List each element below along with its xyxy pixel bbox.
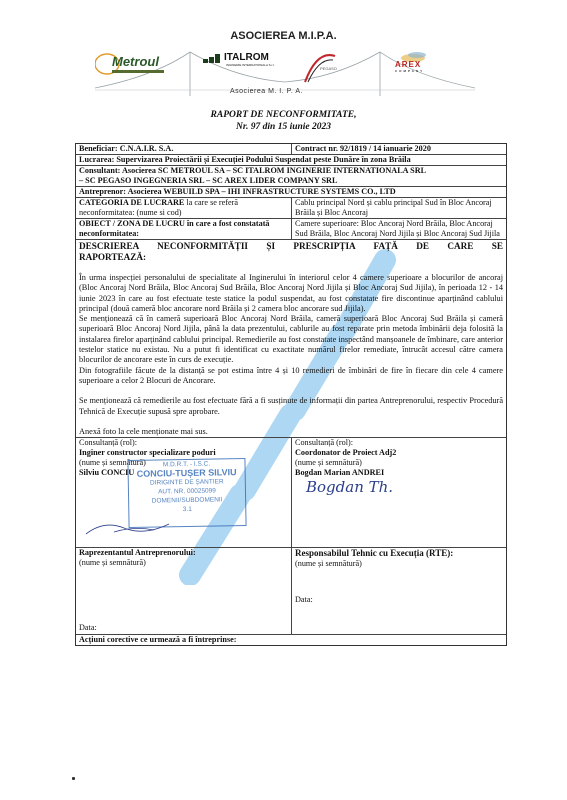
project-name: Lucrarea: Supervizarea Proiectării și Ex… <box>76 155 506 165</box>
technical-responsible: Responsabilul Tehnic cu Execuția (RTE): … <box>292 548 506 634</box>
consultant-line-1: Consultant: Asocierea SC METROUL SA – SC… <box>79 166 503 176</box>
photo-annex-note: Anexă foto la cele menționate mai sus. <box>76 427 506 437</box>
report-title: RAPORT DE NECONFORMITATE, <box>0 109 567 121</box>
form-row-beneficiary: Beneficiar: C.N.A.I.R. S.A. Contract nr.… <box>76 144 506 155</box>
association-caption: Asocierea M. I. P. A. <box>230 88 303 95</box>
date-label: Data: <box>79 623 97 633</box>
nonconformity-form: Beneficiar: C.N.A.I.R. S.A. Contract nr.… <box>75 143 507 646</box>
form-row-work-area: OBIECT / ZONA DE LUCRU în care a fost co… <box>76 219 506 240</box>
handwritten-signature-right: Bogdan Th. <box>306 482 393 492</box>
name-signature-label: (nume și semnătură) <box>295 559 503 569</box>
handwritten-signature-left <box>84 516 174 538</box>
report-title-block: RAPORT DE NECONFORMITATE, Nr. 97 din 15 … <box>0 109 567 133</box>
description-heading: DESCRIEREA NECONFORMITĂȚII ȘI PRESCRIPȚI… <box>76 240 506 252</box>
form-row-contractor-signatures: Raprezentantul Antreprenorului: (nume și… <box>76 548 506 635</box>
category-value: Cablu principal Nord și cablu principal … <box>292 198 506 218</box>
association-title: ASOCIEREA M.I.P.A. <box>0 30 567 42</box>
contractor-representative: Raprezentantul Antreprenorului: (nume și… <box>76 548 292 634</box>
beneficiary: Beneficiar: C.N.A.I.R. S.A. <box>76 144 292 154</box>
italrom-bars-icon <box>203 52 221 63</box>
stamp-domain-code: 3.1 <box>129 504 245 515</box>
partner-logos-band: Metroul ITALROM INGINERIE INTERNATIONALA… <box>95 46 475 104</box>
arex-logo-subtitle: COMPANY <box>395 69 424 73</box>
metroul-logo-text: Metroul <box>112 54 159 69</box>
contract-number: Contract nr. 92/1819 / 14 ianuarie 2020 <box>292 144 506 154</box>
description-paragraph: Se menționează că remedierile au fost ef… <box>76 396 506 417</box>
form-row-consultant: Consultant: Asocierea SC METROUL SA – SC… <box>76 166 506 187</box>
form-row-project: Lucrarea: Supervizarea Proiectării și Ex… <box>76 155 506 166</box>
date-label: Data: <box>295 595 313 605</box>
consultant-role: Coordonator de Proiect Adj2 <box>295 448 503 458</box>
italrom-logo-subtitle: INGINERIE INTERNATIONALA S.r.l. <box>226 63 275 67</box>
metroul-logo: Metroul <box>112 54 164 73</box>
form-row-category: CATEGORIA DE LUCRARE la care se referă n… <box>76 198 506 219</box>
italrom-logo-text: ITALROM <box>224 52 269 63</box>
form-row-description: DESCRIEREA NECONFORMITĂȚII ȘI PRESCRIPȚI… <box>76 240 506 438</box>
name-signature-label: (nume și semnătură) <box>79 558 288 568</box>
contractor: Antreprenor: Asocierea WEBUILD SPA – IHI… <box>76 187 506 197</box>
corrective-actions-label: Acțiuni corective ce urmează a fi întrep… <box>76 635 506 645</box>
consultant-role: Inginer constructor specializare poduri <box>79 448 288 458</box>
consultant-name: Bogdan Marian ANDREI <box>295 468 503 478</box>
italrom-logo: ITALROM INGINERIE INTERNATIONALA S.r.l. <box>203 52 275 67</box>
role-label: Consultanță (rol): <box>79 438 288 448</box>
name-signature-label: (nume și semnătură) <box>295 458 503 468</box>
arex-logo: AREX COMPANY <box>395 60 424 73</box>
form-row-contractor: Antreprenor: Asocierea WEBUILD SPA – IHI… <box>76 187 506 198</box>
role-label: Consultanță (rol): <box>295 438 503 448</box>
technical-responsible-title: Responsabilul Tehnic cu Execuția (RTE): <box>295 548 503 559</box>
arex-logo-text: AREX <box>395 60 421 69</box>
category-label: CATEGORIA DE LUCRARE la care se referă n… <box>76 198 292 218</box>
consultant-line-2: – SC PEGASO INGEGNERIA SRL – SC AREX LID… <box>79 176 503 186</box>
form-row-corrective-actions: Acțiuni corective ce urmează a fi întrep… <box>76 635 506 645</box>
category-label-bold: CATEGORIA DE LUCRARE <box>79 198 184 207</box>
description-paragraph: Se menționează că în cameră superioară B… <box>76 314 506 365</box>
contractor-representative-title: Raprezentantul Antreprenorului: <box>79 548 288 558</box>
form-row-consultant-signatures: Consultanță (rol): Inginer constructor s… <box>76 438 506 548</box>
work-area-label: OBIECT / ZONA DE LUCRU în care a fost co… <box>76 219 292 239</box>
pegaso-logo: PEGASO <box>320 66 337 71</box>
consultant-signature-left: Consultanță (rol): Inginer constructor s… <box>76 438 292 547</box>
work-area-value: Camere superioare: Bloc Ancoraj Nord Bră… <box>292 219 506 239</box>
description-paragraph: Din fotografiile făcute de la distanță s… <box>76 366 506 387</box>
metroul-logo-underline <box>112 70 164 73</box>
description-paragraph: În urma inspecției personalului de speci… <box>76 273 506 314</box>
description-heading-2: RAPORTEAZĂ: <box>76 252 506 263</box>
report-number: Nr. 97 din 15 iunie 2023 <box>0 121 567 133</box>
scan-artifact <box>72 777 75 780</box>
consultant-signature-right: Consultanță (rol): Coordonator de Proiec… <box>292 438 506 547</box>
consultant: Consultant: Asocierea SC METROUL SA – SC… <box>76 166 506 186</box>
work-area-label-bold: OBIECT / ZONA DE LUCRU <box>79 219 185 228</box>
